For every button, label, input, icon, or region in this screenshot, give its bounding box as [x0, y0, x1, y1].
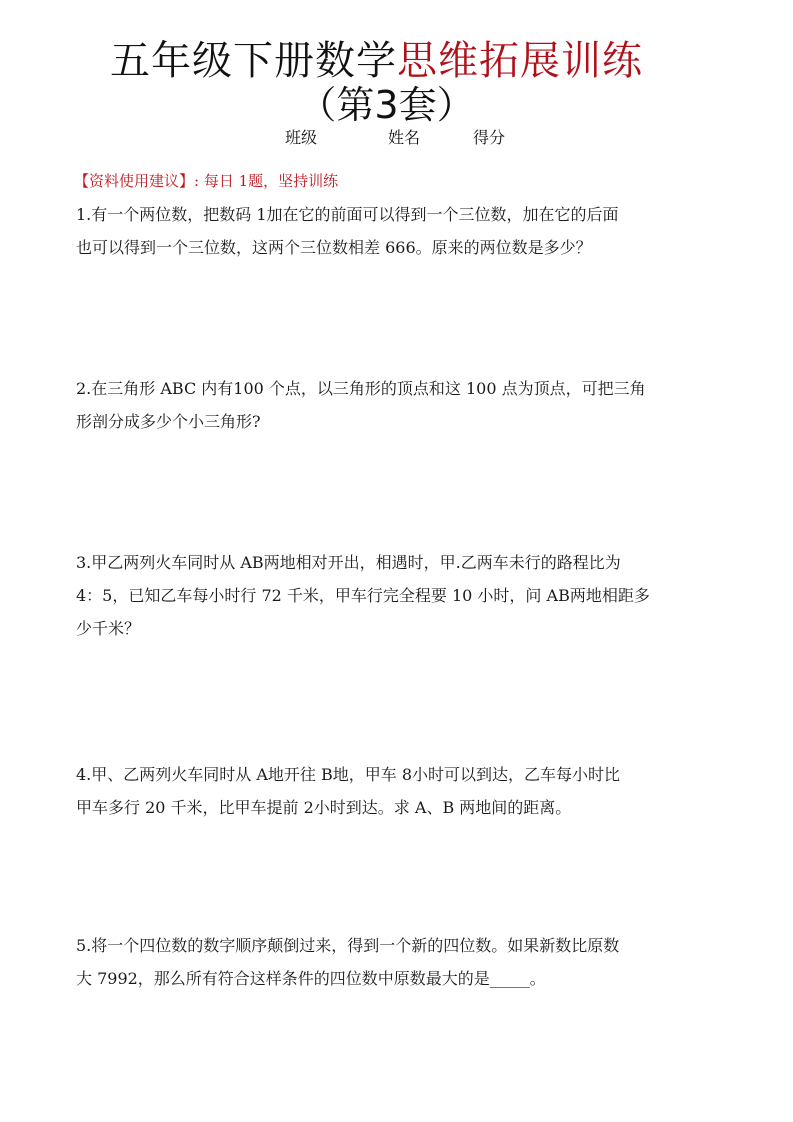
title-black-part: 五年级下册数学 [110, 38, 397, 84]
worksheet-page: 五年级下册数学思维拓展训练 （第3套） 班级 姓名 得分 【资料使用建议】: 每… [0, 0, 793, 1122]
question-5: 5.将一个四位数的数字顺序颠倒过来，得到一个新的四位数。如果新数比原数 大 79… [76, 929, 726, 995]
usage-tip-label: 【资料使用建议】: [74, 172, 199, 190]
usage-tip-text: 每日 1题，坚持训练 [204, 172, 338, 190]
page-title: 五年级下册数学思维拓展训练 [0, 36, 773, 86]
question-line: 4.甲、乙两列火车同时从 A地开往 B地，甲车 8小时可以到达，乙车每小时比 [76, 758, 726, 791]
class-label: 班级 [285, 127, 317, 149]
name-label: 姓名 [388, 127, 420, 149]
question-line: 形剖分成多少个小三角形? [76, 405, 726, 438]
question-line: 大 7992，那么所有符合这样条件的四位数中原数最大的是_____。 [76, 962, 726, 995]
question-3: 3.甲乙两列火车同时从 AB两地相对开出，相遇时，甲.乙两车未行的路程比为 4：… [76, 546, 726, 645]
title-red-part: 思维拓展训练 [397, 38, 643, 84]
usage-tip: 【资料使用建议】: 每日 1题，坚持训练 [74, 170, 338, 192]
question-line: 少千米？ [76, 612, 726, 645]
question-line: 5.将一个四位数的数字顺序颠倒过来，得到一个新的四位数。如果新数比原数 [76, 929, 726, 962]
question-line: 也可以得到一个三位数，这两个三位数相差 666。原来的两位数是多少？ [76, 231, 726, 264]
question-line: 4：5，已知乙车每小时行 72 千米，甲车行完全程要 10 小时，问 AB两地相… [76, 579, 726, 612]
question-line: 3.甲乙两列火车同时从 AB两地相对开出，相遇时，甲.乙两车未行的路程比为 [76, 546, 726, 579]
question-2: 2.在三角形 ABC 内有100 个点，以三角形的顶点和这 100 点为顶点，可… [76, 372, 726, 438]
score-label: 得分 [473, 127, 505, 149]
question-1: 1.有一个两位数，把数码 1加在它的前面可以得到一个三位数，加在它的后面 也可以… [76, 198, 726, 264]
set-number-subtitle: （第3套） [0, 82, 783, 128]
question-4: 4.甲、乙两列火车同时从 A地开往 B地，甲车 8小时可以到达，乙车每小时比 甲… [76, 758, 726, 824]
question-line: 1.有一个两位数，把数码 1加在它的前面可以得到一个三位数，加在它的后面 [76, 198, 726, 231]
question-line: 甲车多行 20 千米，比甲车提前 2小时到达。求 A、B 两地间的距离。 [76, 791, 726, 824]
question-line: 2.在三角形 ABC 内有100 个点，以三角形的顶点和这 100 点为顶点，可… [76, 372, 726, 405]
